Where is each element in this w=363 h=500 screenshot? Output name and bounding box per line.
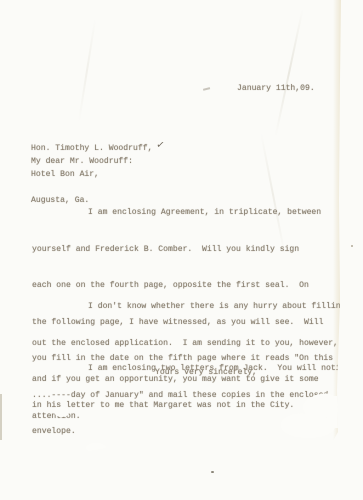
body-line: I am enclosing Agreement, in triplicate,…	[32, 207, 333, 219]
crease-line	[78, 19, 96, 123]
date-line: January 11th,09.	[237, 84, 315, 93]
address-line: Hotel Bon Air,	[31, 171, 165, 180]
scan-background: January 11th,09. Hon. Timothy L. Woodruf…	[0, 0, 363, 500]
closing: Yours very sincerely,	[155, 368, 257, 377]
dust-speck	[211, 471, 214, 473]
crease-line	[275, 9, 303, 136]
pencil-mark	[203, 87, 210, 90]
body-line: yourself and Frederick B. Comber. Will y…	[32, 244, 333, 256]
address-line: Hon. Timothy L. Woodruff,✓	[31, 144, 165, 154]
letter-page: January 11th,09. Hon. Timothy L. Woodruf…	[0, 0, 341, 452]
address-line-text: Hon. Timothy L. Woodruff,	[31, 144, 152, 153]
salutation: My dear Mr. Woodruff:	[31, 157, 133, 166]
body-line: I don't know whether there is any hurry …	[32, 301, 345, 313]
dust-speck	[351, 245, 353, 247]
paper-edge-shadow	[0, 394, 2, 440]
checkmark-annotation: ✓	[156, 141, 166, 151]
paper-chip	[86, 443, 106, 453]
paper-chip	[326, 396, 344, 428]
